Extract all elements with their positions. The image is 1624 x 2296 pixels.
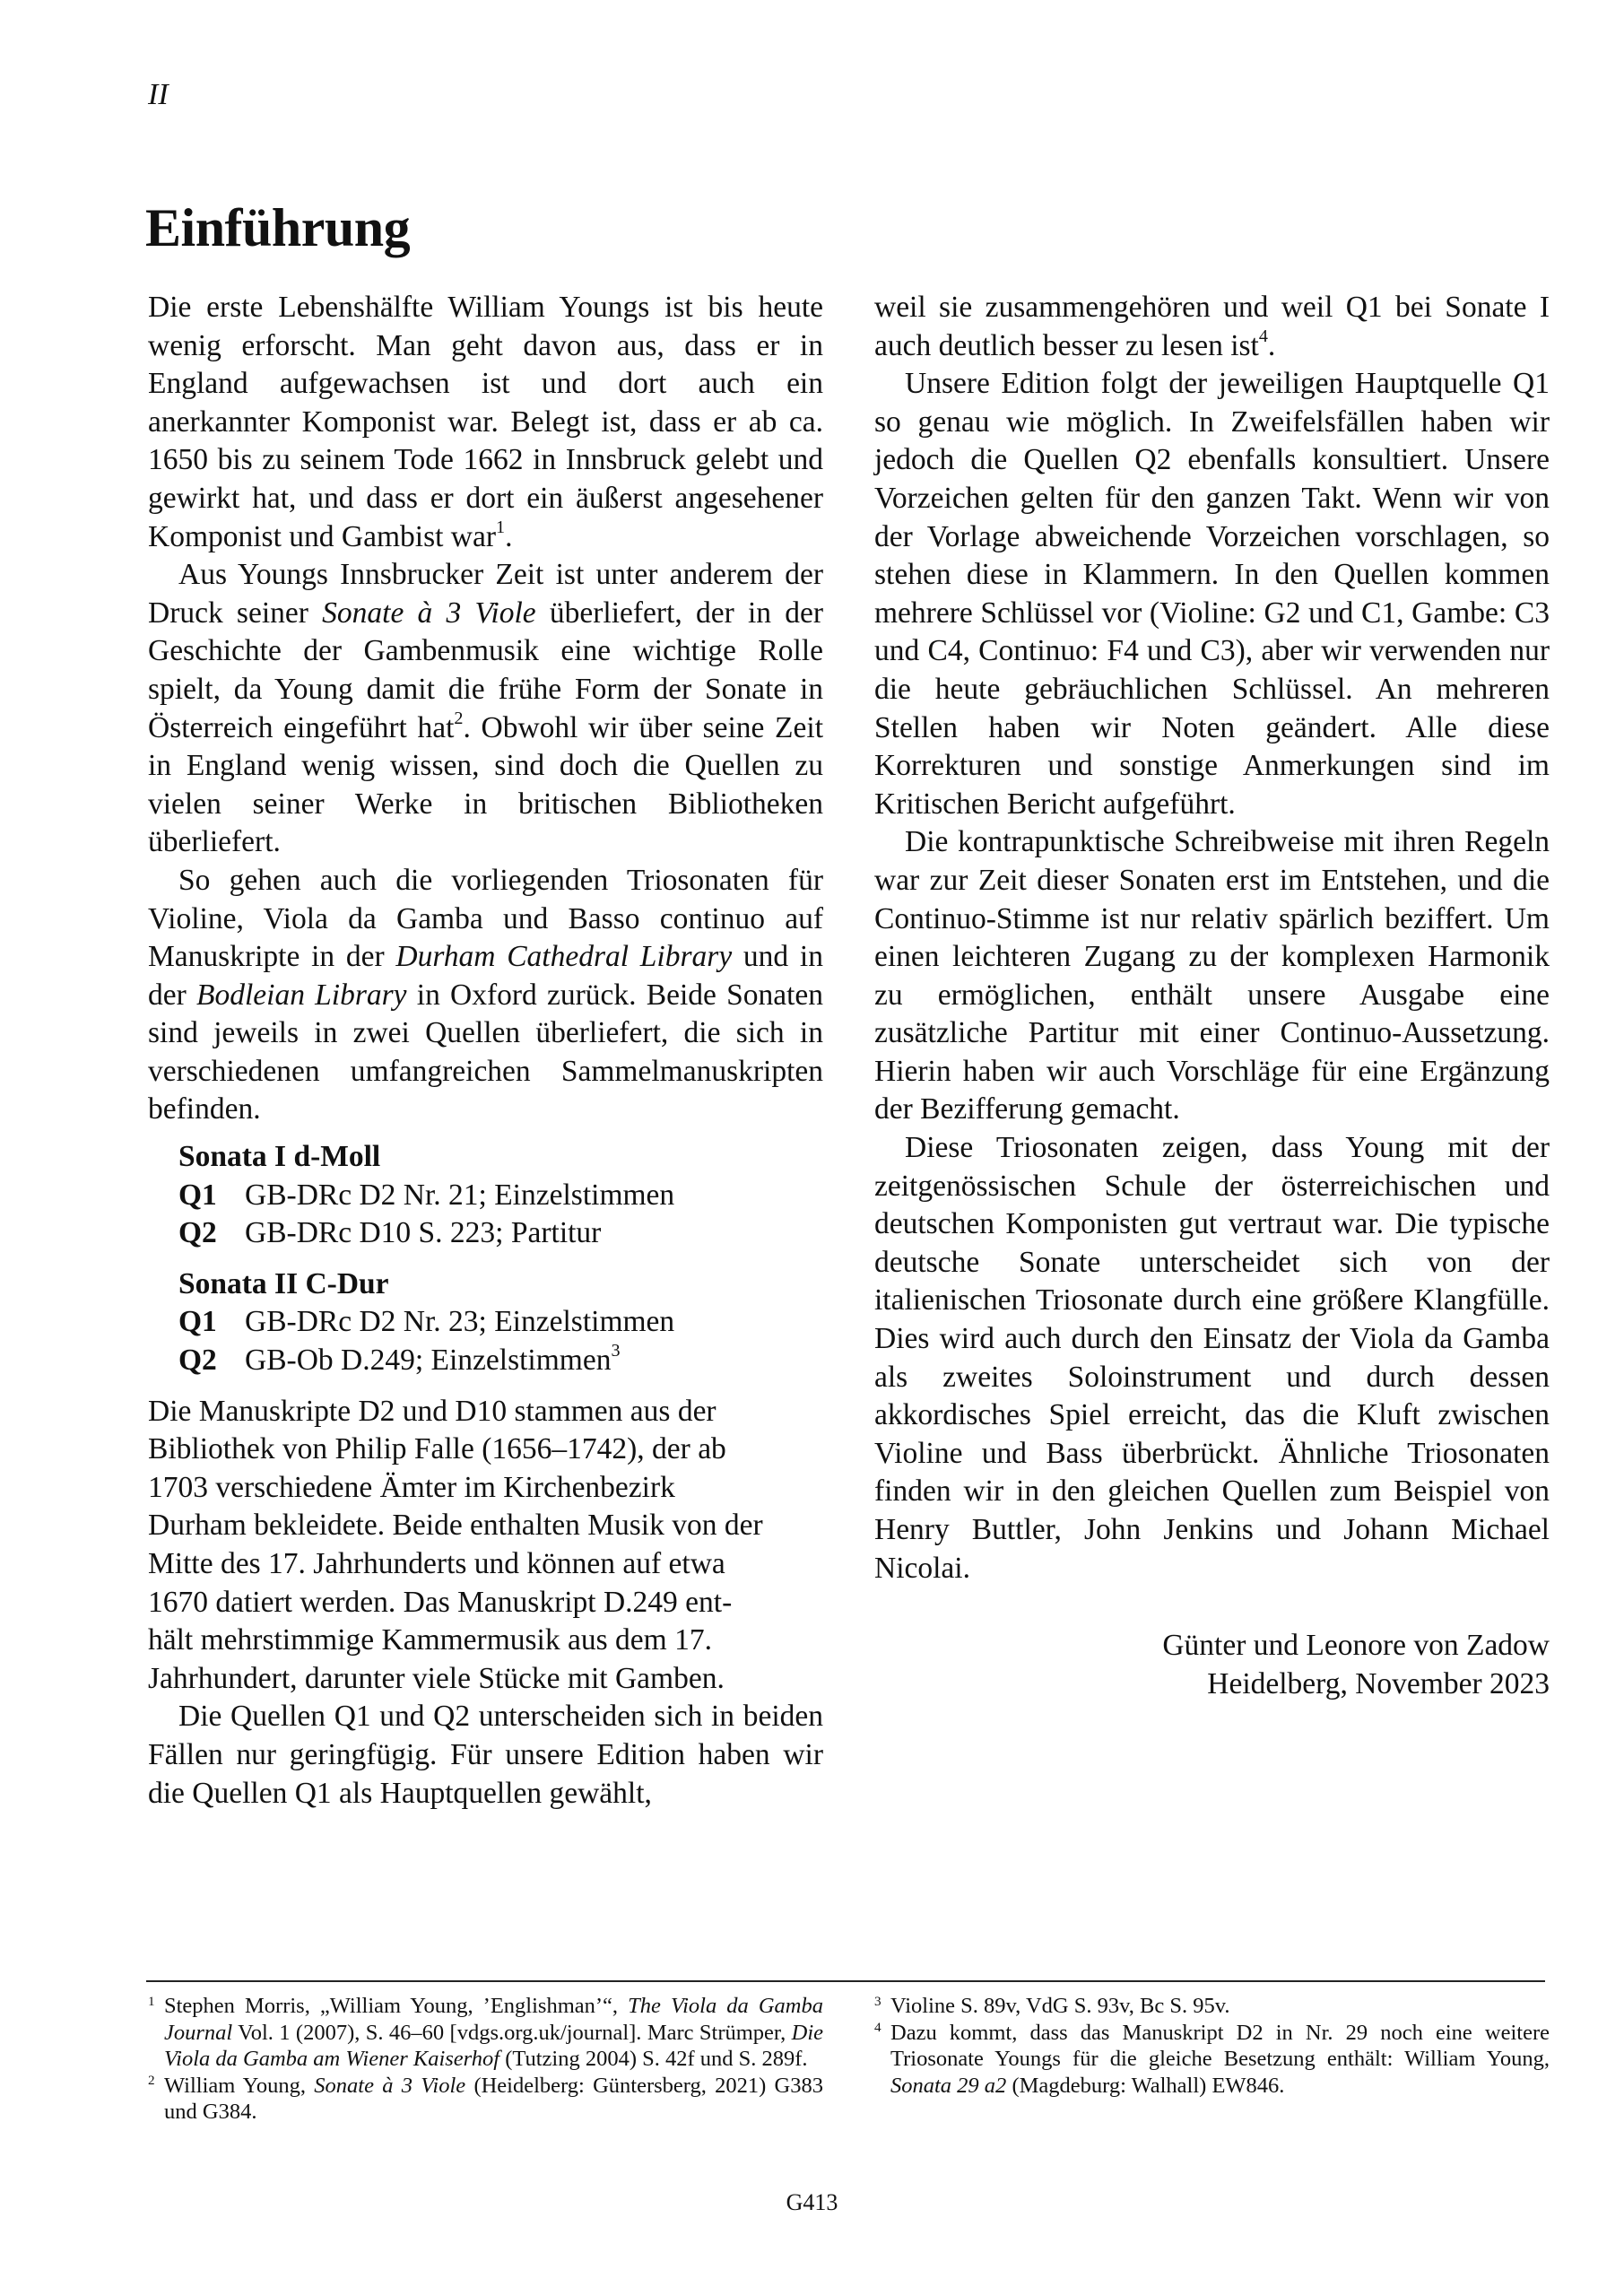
footnote-divider (146, 1980, 1545, 1982)
text-line: 1703 verschiedene Ämter im Kirchenbezirk (148, 1469, 823, 1508)
footnote-text: William Young, (164, 2074, 314, 2098)
source-row: Q2 GB-Ob D.249; Einzelstimmen3 (178, 1342, 823, 1380)
source-row: Q1 GB-DRc D2 Nr. 21; Einzelstimmen (178, 1177, 823, 1215)
footnote-text: (Magdeburg: Walhall) EW846. (1006, 2074, 1284, 2098)
paragraph-falle: Die Manuskripte D2 und D10 stammen aus d… (148, 1393, 823, 1699)
paragraph-manuscripts: So gehen auch die vorliegenden Triosonat… (148, 862, 823, 1129)
paragraph-triosonatas: Diese Triosonaten zeigen, dass Young mit… (874, 1129, 1550, 1587)
text-line: 1670 datiert werden. Das Manuskript D.24… (148, 1584, 823, 1622)
work-title: Sonate à 3 Viole (322, 596, 536, 630)
page-title: Einführung (145, 196, 410, 260)
text-line: Jahrhundert, darunter viele Stücke mit G… (148, 1660, 823, 1699)
text-line: Die Manuskripte D2 und D10 stammen aus d… (148, 1393, 823, 1431)
paragraph-continuation: weil sie zusammengehören und weil Q1 bei… (874, 289, 1550, 365)
page-folio: II (148, 77, 169, 113)
right-column: weil sie zusammengehören und weil Q1 bei… (874, 289, 1550, 1703)
footnote-ref-2[interactable]: 2 (454, 708, 463, 727)
footnotes-right: 3Violine S. 89v, VdG S. 93v, Bc S. 95v. … (874, 1993, 1550, 2099)
publication-title: Sonata 29 a2 (890, 2074, 1006, 2098)
source-heading: Sonata I d-Moll (178, 1138, 823, 1177)
footnote-text: (Tutzing 2004) S. 42f und S. 289f. (499, 2047, 807, 2071)
source-label: Q1 (178, 1303, 245, 1342)
text-line: Bibliothek von Philip Falle (1656–1742),… (148, 1431, 823, 1469)
paragraph-text: Die erste Lebenshälfte William Youngs is… (148, 291, 823, 553)
source-label: Q2 (178, 1214, 245, 1253)
signature-place-date: Heidelberg, November 2023 (874, 1665, 1550, 1704)
paragraph-text: . (1268, 329, 1275, 362)
footnote-1: 1Stephen Morris, „William Young, ’Englis… (148, 1993, 823, 2073)
paragraph-text: . (505, 520, 512, 553)
text-line: Durham bekleidete. Beide enthalten Musik… (148, 1507, 823, 1545)
footnote-text: Vol. 1 (2007), S. 46–60 [vdgs.org.uk/jou… (232, 2021, 791, 2045)
paragraph-intro: Die erste Lebenshälfte William Youngs is… (148, 289, 823, 556)
paragraph-sources-compare: Die Quellen Q1 und Q2 unterscheiden sich… (148, 1698, 823, 1813)
publication-title: Sonate à 3 Viole (314, 2074, 465, 2098)
signature-authors: Günter und Leonore von Zadow (874, 1627, 1550, 1665)
signature: Günter und Leonore von Zadow Heidelberg,… (874, 1627, 1550, 1703)
library-name: Bodleian Library (196, 978, 407, 1012)
source-list: Sonata I d-Moll Q1 GB-DRc D2 Nr. 21; Ein… (178, 1138, 823, 1380)
text-line: Mitte des 17. Jahrhunderts und können au… (148, 1545, 823, 1584)
footnote-ref-3[interactable]: 3 (611, 1341, 620, 1361)
footnote-ref-1[interactable]: 1 (496, 517, 505, 537)
footnote-2: 2William Young, Sonate à 3 Viole (Heidel… (148, 2073, 823, 2126)
source-value: GB-DRc D10 S. 223; Partitur (245, 1214, 601, 1253)
library-name: Durham Cathedral Library (395, 940, 732, 973)
paragraph-edition: Unsere Edition folgt der jeweiligen Haup… (874, 365, 1550, 823)
footnote-text: Dazu kommt, dass das Manuskript D2 in Nr… (890, 2021, 1550, 2072)
source-row: Q2 GB-DRc D10 S. 223; Partitur (178, 1214, 823, 1253)
source-value: GB-DRc D2 Nr. 21; Einzelstimmen (245, 1177, 674, 1215)
source-value: GB-Ob D.249; Einzelstimmen (245, 1344, 611, 1377)
source-row: Q1 GB-DRc D2 Nr. 23; Einzelstimmen (178, 1303, 823, 1342)
paragraph-text: weil sie zusammengehören und weil Q1 bei… (874, 291, 1550, 362)
left-column: Die erste Lebenshälfte William Youngs is… (148, 289, 823, 1813)
text-line: hält mehrstimmige Kammermusik aus dem 17… (148, 1622, 823, 1660)
footnote-text: Violine S. 89v, VdG S. 93v, Bc S. 95v. (890, 1994, 1230, 2018)
source-value: GB-DRc D2 Nr. 23; Einzelstimmen (245, 1303, 674, 1342)
source-heading: Sonata II C-Dur (178, 1265, 823, 1304)
page-number: G413 (0, 2188, 1624, 2217)
footnote-ref-4[interactable]: 4 (1259, 326, 1268, 346)
paragraph-counterpoint: Die kontrapunktische Schreibweise mit ih… (874, 823, 1550, 1129)
footnotes-left: 1Stephen Morris, „William Young, ’Englis… (148, 1993, 823, 2126)
footnote-text: Stephen Morris, „William Young, ’English… (164, 1994, 628, 2018)
footnote-4: 4Dazu kommt, dass das Manuskript D2 in N… (874, 2020, 1550, 2100)
footnote-3: 3Violine S. 89v, VdG S. 93v, Bc S. 95v. (874, 1993, 1550, 2020)
source-label: Q2 (178, 1342, 245, 1380)
source-label: Q1 (178, 1177, 245, 1215)
paragraph-innsbruck: Aus Youngs Innsbrucker Zeit ist unter an… (148, 556, 823, 862)
